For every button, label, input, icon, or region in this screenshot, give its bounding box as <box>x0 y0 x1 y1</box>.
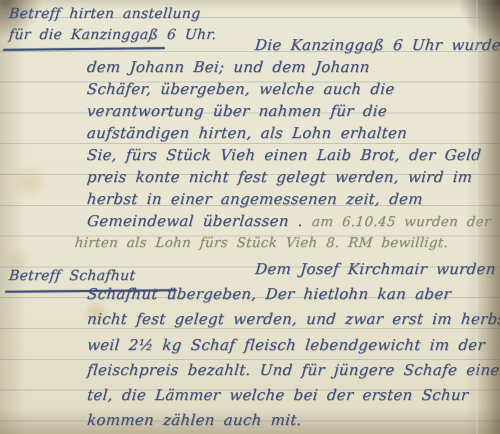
text-line: kommen zählen auch mit. <box>86 408 500 433</box>
section2-paragraph: Dem Josef Kirchmair wurden die Schafhut … <box>86 257 498 433</box>
text-span: Gemeindewal überlassen . <box>86 212 304 230</box>
later-addition-inline: am 6.10.45 wurden der <box>311 214 491 230</box>
heading-line: Betreff hirten anstellung <box>8 4 217 25</box>
text-line: Gemeindewal überlassen . am 6.10.45 wurd… <box>86 210 500 233</box>
text-line: weil 2½ kg Schaf fleisch lebendgewicht i… <box>86 333 500 358</box>
text-line: nicht fest gelegt werden, und zwar erst … <box>86 307 500 332</box>
text-line: tel, die Lämmer welche bei der ersten Sc… <box>86 383 500 408</box>
text-line: Schäfer, übergeben, welche auch die <box>86 78 500 100</box>
text-line: preis konte nicht fest gelegt werden, wi… <box>86 166 500 188</box>
text-line: Die Kanzinggaß 6 Uhr wurde <box>86 34 500 56</box>
text-line: aufständigen hirten, als Lohn erhalten <box>86 122 500 144</box>
text-line: verantwortung über nahmen für die <box>86 100 500 122</box>
text-line: Schafhut übergeben, Der hietlohn kan abe… <box>86 282 500 307</box>
text-line: fleischpreis bezahlt. Und für jüngere Sc… <box>86 358 500 383</box>
text-line: Dem Josef Kirchmair wurden die <box>86 257 500 282</box>
section1-paragraph: Die Kanzinggaß 6 Uhr wurde dem Johann Be… <box>86 34 498 233</box>
text-line: dem Johann Bei; und dem Johann <box>86 56 500 78</box>
manuscript-page: Betreff hirten anstellung für die Kanzin… <box>0 0 500 434</box>
text-line: Sie, fürs Stück Vieh einen Laib Brot, de… <box>86 144 500 166</box>
later-addition-line: hirten als Lohn fürs Stück Vieh 8. RM be… <box>74 235 449 251</box>
text-line: herbst in einer angemessenen zeit, dem <box>86 188 500 210</box>
